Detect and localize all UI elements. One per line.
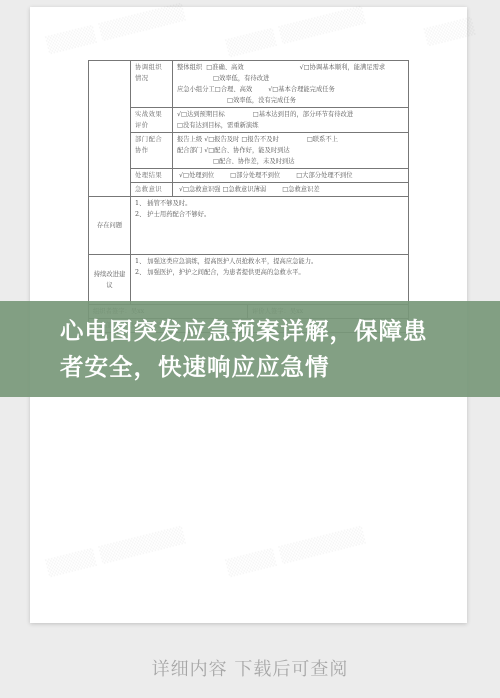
checkbox-option: √□达到预期目标 [177,111,225,118]
checkbox-option: 应急小组分工□合理、高效 [177,86,252,93]
checkbox-option: □报告不及时 [241,136,278,143]
checkbox-option: □大部分处理不到位 [296,172,352,179]
table-row: 处理结果 √□处理到位□部分处理不到位□大部分处理不到位 [89,169,409,183]
improvement-item: 2、 加强医护，护护之间配合，为患者提供更高的急救水平。 [135,267,404,278]
watermark: ▒▒▒▒ ▒▒▒▒▒▒▒ [45,2,186,55]
subcategory-cell: 实战效果评价 [131,108,173,133]
table-row: 实战效果评价 √□达到预期目标□基本达到目的，部分环节有待改进 □没有达到目标，… [89,108,409,133]
checkbox-option: □没有达到目标，需重新演练 [177,122,259,129]
checkbox-option: □基本达到目的，部分环节有待改进 [253,111,353,118]
subcategory-cell: 部门配合协作 [131,133,173,169]
checkbox-option: √□急救意识强 [179,186,220,193]
subcategory-cell: 急救意识 [131,183,173,197]
table-row: 协调组织情况 整体组织 □准确、高效√□协调基本顺利，能满足需求 □效率低，有待… [89,61,409,108]
improvement-item: 1、 加强这类应急演练，提高医护人员抢救水平，提高应急能力。 [135,256,404,267]
checkbox-option: □联系不上 [307,136,338,143]
watermark: ▒▒▒▒ ▒▒▒▒▒▒▒ [225,525,366,578]
checkbox-option: □配合、协作差，未及时到达 [213,158,295,165]
table-row-improvements: 持续改进建议 1、 加强这类应急演练，提高医护人员抢救水平，提高应急能力。 2、… [89,255,409,305]
watermark: ▒▒▒▒ ▒▒▒▒▒▒▒ [45,525,186,578]
improvements-label: 持续改进建议 [89,255,131,305]
table-row: 急救意识 √□急救意识强 □急救意识薄弱□急救意识差 [89,183,409,197]
title-banner: 心电图突发应急预案详解，保障患者安全，快速响应应急情 [0,301,500,397]
options-cell: √□急救意识强 □急救意识薄弱□急救意识差 [173,183,409,197]
options-cell: 整体组织 □准确、高效√□协调基本顺利，能满足需求 □效率低，有待改进 应急小组… [173,61,409,108]
download-prompt[interactable]: 详细内容 下载后可查阅 [0,655,500,681]
checkbox-option: √□配合、协作好，能及时到达 [204,147,290,154]
options-cell: √□处理到位□部分处理不到位□大部分处理不到位 [173,169,409,183]
problem-item: 1、 插管不够及时。 [135,198,404,209]
checkbox-option: □准确、高效 [206,64,243,71]
options-cell: 报告上级 √□报告及时 □报告不及时□联系不上 配合部门 √□配合、协作好，能及… [173,133,409,169]
category-cell [89,61,131,197]
table-row: 部门配合协作 报告上级 √□报告及时 □报告不及时□联系不上 配合部门 √□配合… [89,133,409,169]
checkbox-option: □急救意识薄弱 [222,186,266,193]
checkbox-option: □效率低，有待改进 [213,75,269,82]
problem-item: 2、 护士用药配合不够好。 [135,209,404,220]
table-row-problems: 存在问题 1、 插管不够及时。 2、 护士用药配合不够好。 [89,197,409,255]
subcategory-cell: 处理结果 [131,169,173,183]
evaluation-form-table: 协调组织情况 整体组织 □准确、高效√□协调基本顺利，能满足需求 □效率低，有待… [88,60,409,333]
watermark: ▒▒▒▒ [423,16,475,46]
checkbox-option: √□协调基本顺利，能满足需求 [300,64,386,71]
checkbox-option: □效率低，没有完成任务 [227,97,296,104]
problems-label: 存在问题 [89,197,131,255]
checkbox-option: √□处理到位 [179,172,214,179]
subcategory-cell: 协调组织情况 [131,61,173,108]
checkbox-option: □急救意识差 [282,186,319,193]
checkbox-option: √□报告及时 [204,136,239,143]
banner-title: 心电图突发应急预案详解，保障患者安全，快速响应应急情 [60,313,440,385]
watermark: ▒▒▒▒ ▒▒▒▒▒▒▒ [225,5,366,58]
options-cell: √□达到预期目标□基本达到目的，部分环节有待改进 □没有达到目标，需重新演练 [173,108,409,133]
checkbox-option: □部分处理不到位 [230,172,280,179]
checkbox-option: √□基本合理能完成任务 [268,86,335,93]
problems-content: 1、 插管不够及时。 2、 护士用药配合不够好。 [131,197,409,255]
improvements-content: 1、 加强这类应急演练，提高医护人员抢救水平，提高应急能力。 2、 加强医护，护… [131,255,409,305]
